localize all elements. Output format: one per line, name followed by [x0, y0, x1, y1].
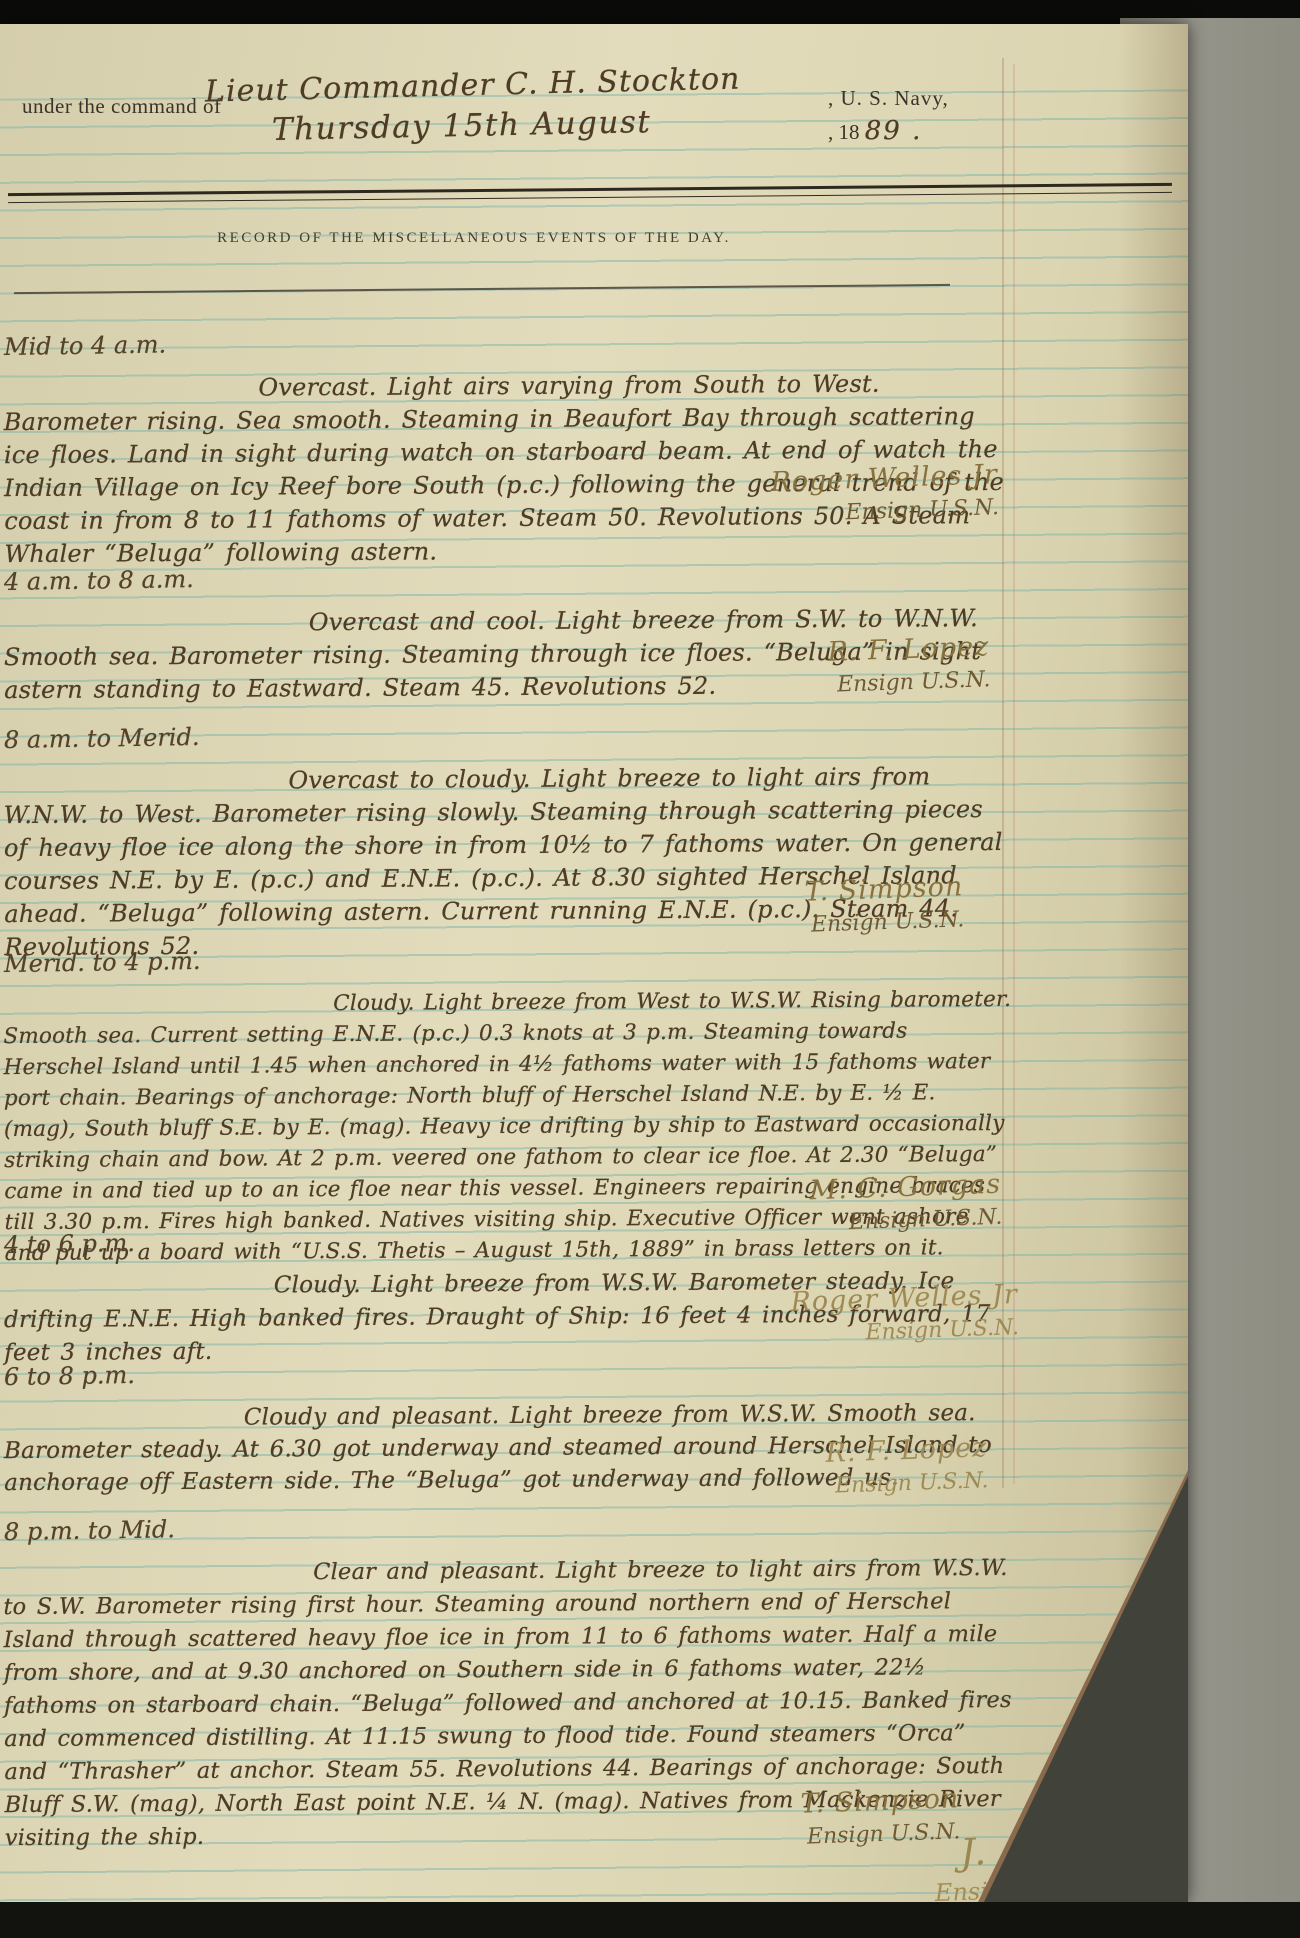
printed-command-prefix: under the command of — [22, 94, 222, 119]
entry-8pm-to-mid: 8 p.m. to Mid. Clear and pleasant. Light… — [4, 1518, 1012, 1852]
entry-merid-to-4pm: Merid. to 4 p.m. Cloudy. Light breeze fr… — [4, 950, 1012, 1266]
signature-name: T. Simpson — [800, 1783, 960, 1820]
watch-header: 4 a.m. to 8 a.m. — [4, 565, 194, 596]
watch-header: 8 a.m. to Merid. — [4, 723, 200, 754]
scan-bottom-band — [0, 1902, 1300, 1938]
signature-block: M. C. Gorgas Ensign U.S.N. — [809, 1169, 1003, 1237]
page-margin-line — [1013, 64, 1015, 1484]
watch-header: 6 to 8 p.m. — [4, 1361, 135, 1391]
entry-6pm-to-8pm: 6 to 8 p.m. Cloudy and pleasant. Light b… — [4, 1363, 1012, 1496]
printed-year-prefix: , 18 — [828, 120, 860, 144]
watch-header: 4 to 6 p.m. — [4, 1229, 135, 1259]
signature-name: M. C. Gorgas — [809, 1169, 1002, 1207]
printed-navy-suffix: , U. S. Navy, — [828, 86, 949, 111]
entry-4am-to-8am: 4 a.m. to 8 a.m. Overcast and cool. Ligh… — [4, 568, 1012, 704]
signature-block: Roger Welles Jr Ensign U.S.N. — [790, 1279, 1019, 1348]
signature-block: T. Simpson Ensign U.S.N. — [804, 871, 965, 938]
watch-header: Merid. to 4 p.m. — [4, 947, 201, 978]
entry-8am-to-merid: 8 a.m. to Merid. Overcast to cloudy. Lig… — [4, 726, 1012, 961]
signature-title: Ensign U.S.N. — [826, 1468, 989, 1499]
year-row: , 18 89 . — [828, 116, 922, 146]
signature-block: R. F. Lopez Ensign U.S.N. — [825, 1432, 989, 1499]
watch-header: Mid to 4 a.m. — [4, 330, 167, 361]
logbook-page: under the command of Lieut Commander C. … — [0, 24, 1188, 1902]
entry-4pm-to-6pm: 4 to 6 p.m. Cloudy. Light breeze from W.… — [4, 1231, 1012, 1367]
record-title: RECORD OF THE MISCELLANEOUS EVENTS OF TH… — [0, 230, 948, 247]
year-handwritten: 89 . — [865, 116, 923, 146]
watch-header: 8 p.m. to Mid. — [4, 1515, 175, 1546]
signature-name: R. F. Lopez — [825, 1432, 988, 1469]
entry-mid-to-4am: Mid to 4 a.m. Overcast. Light airs varyi… — [4, 333, 1012, 568]
signature-name: T. Simpson — [804, 871, 964, 908]
scan-top-band — [0, 0, 1300, 24]
signature-name: Roger Welles Jr — [790, 1279, 1018, 1318]
signature-name: Roger Welles Jr — [770, 459, 998, 498]
signature-block: Roger Welles Jr Ensign U.S.N. — [770, 459, 999, 528]
signature-block: R. F. Lopez Ensign U.S.N. — [827, 631, 991, 698]
signature-name: R. F. Lopez — [827, 631, 990, 668]
